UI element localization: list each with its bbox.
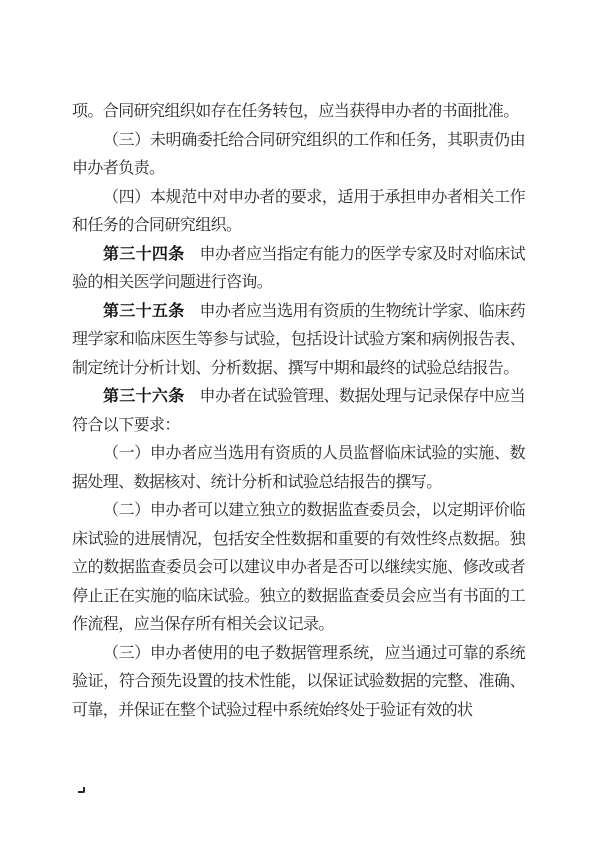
paragraph-continuation: 项。合同研究组织如存在任务转包，应当获得申办者的书面批准。 bbox=[72, 98, 525, 127]
paragraph-article-35: 第三十五条申办者应当选用有资质的生物统计学家、临床药理学家和临床医生等参与试验，… bbox=[72, 298, 525, 384]
paragraph-item-4: （四）本规范中对申办者的要求，适用于承担申办者相关工作和任务的合同研究组织。 bbox=[72, 184, 525, 241]
paragraph-item-2: （二）申办者可以建立独立的数据监查委员会，以定期评价临床试验的进展情况，包括安全… bbox=[72, 497, 525, 640]
scan-ink-mark bbox=[78, 787, 85, 793]
paragraph-article-36: 第三十六条申办者在试验管理、数据处理与记录保存中应当符合以下要求： bbox=[72, 383, 525, 440]
article-34-number: 第三十四条 bbox=[103, 246, 185, 263]
document-page: 项。合同研究组织如存在任务转包，应当获得申办者的书面批准。 （三）未明确委托给合… bbox=[0, 0, 595, 841]
article-35-number: 第三十五条 bbox=[103, 303, 185, 320]
paragraph-article-34: 第三十四条申办者应当指定有能力的医学专家及时对临床试验的相关医学问题进行咨询。 bbox=[72, 241, 525, 298]
page-text-block: 项。合同研究组织如存在任务转包，应当获得申办者的书面批准。 （三）未明确委托给合… bbox=[72, 98, 525, 725]
paragraph-item-3: （三）未明确委托给合同研究组织的工作和任务，其职责仍由申办者负责。 bbox=[72, 127, 525, 184]
paragraph-item-1: （一）申办者应当选用有资质的人员监督临床试验的实施、数据处理、数据核对、统计分析… bbox=[72, 440, 525, 497]
article-36-number: 第三十六条 bbox=[103, 388, 185, 405]
paragraph-item-3-electronic: （三）申办者使用的电子数据管理系统，应当通过可靠的系统验证，符合预先设置的技术性… bbox=[72, 640, 525, 726]
